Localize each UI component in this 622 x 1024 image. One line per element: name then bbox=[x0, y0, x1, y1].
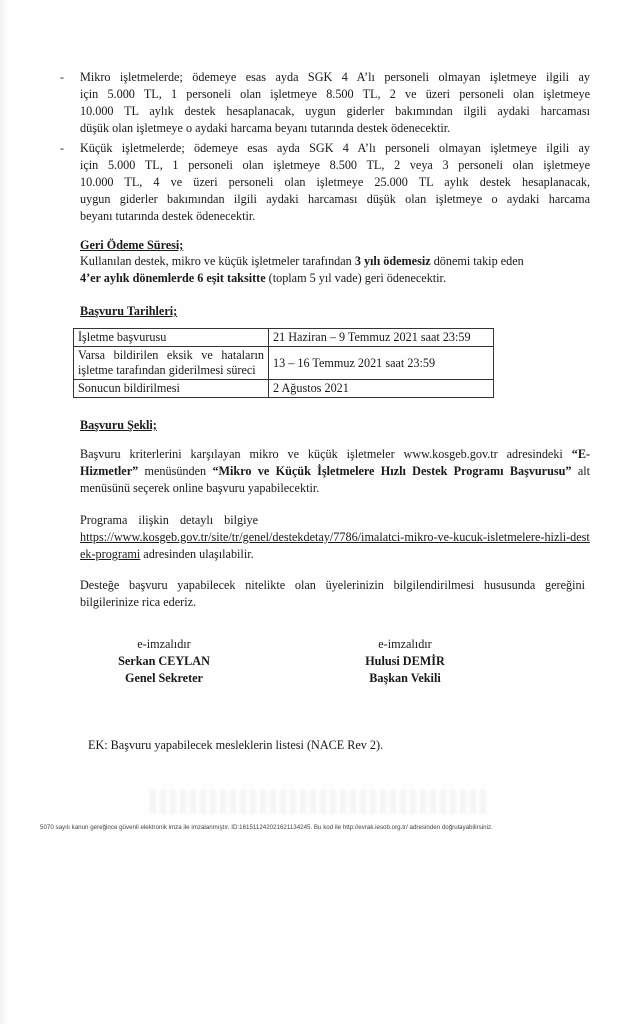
text: Programa ilişkin detaylı bilgiye bbox=[80, 513, 258, 527]
table-cell-label: Sonucun bildirilmesi bbox=[74, 380, 269, 398]
faint-scan-artifact bbox=[150, 790, 490, 814]
table-row: Sonucun bildirilmesi 2 Ağustos 2021 bbox=[74, 380, 494, 398]
text-line: uygun giderler bakımından ilgili aydaki … bbox=[80, 191, 590, 208]
application-dates-heading: Başvuru Tarihleri; bbox=[80, 304, 177, 319]
table-cell-label: İşletme başvurusu bbox=[74, 329, 269, 347]
attachment-note: EK: Başvuru yapabilecek mesleklerin list… bbox=[88, 738, 383, 753]
scan-edge bbox=[0, 0, 8, 1024]
text-line: 10.000 TL, 4 ve üzeri personeli olan işl… bbox=[80, 174, 590, 191]
application-method-text: Başvuru kriterlerini karşılayan mikro ve… bbox=[80, 446, 590, 497]
text: (toplam 5 yıl vade) geri ödenecektir. bbox=[266, 271, 446, 285]
text-line: için 5.000 TL, 1 personeli olan işletmey… bbox=[80, 86, 590, 103]
text: Kullanılan destek, mikro ve küçük işletm… bbox=[80, 254, 355, 268]
bold-text: “Mikro ve Küçük İşletmelere Hızlı Destek… bbox=[212, 464, 571, 478]
text-line: beyanı tutarında destek ödenecektir. bbox=[80, 208, 590, 225]
signatory-name: Hulusi DEMİR bbox=[350, 653, 460, 670]
table-cell-label: Varsa bildirilen eksik ve hataların işle… bbox=[74, 347, 269, 380]
text-line: 10.000 TL aylık destek hesaplanacak, uyg… bbox=[80, 103, 590, 120]
application-method-heading: Başvuru Şekli; bbox=[80, 418, 157, 433]
bold-text: 3 yılı ödemesiz bbox=[355, 254, 431, 268]
repayment-text: Kullanılan destek, mikro ve küçük işletm… bbox=[80, 253, 600, 287]
program-info-text: Programa ilişkin detaylı bilgiye https:/… bbox=[80, 512, 590, 563]
text-line: Mikro işletmelerde; ödemeye esas ayda SG… bbox=[80, 69, 590, 86]
e-signature-footer: 5070 sayılı kanun gereğince güvenli elek… bbox=[40, 824, 493, 831]
signature-block-2: e-imzalıdır Hulusi DEMİR Başkan Vekili bbox=[350, 636, 460, 687]
signature-status: e-imzalıdır bbox=[350, 636, 460, 653]
text: adresinden ulaşılabilir. bbox=[140, 547, 253, 561]
text: Başvuru kriterlerini karşılayan mikro ve… bbox=[80, 447, 572, 461]
closing-text: Desteğe başvuru yapabilecek nitelikte ol… bbox=[80, 577, 585, 611]
repayment-heading: Geri Ödeme Süresi; bbox=[80, 238, 183, 253]
bullet-small-enterprises: Küçük işletmelerde; ödemeye esas ayda SG… bbox=[80, 140, 590, 225]
application-dates-table: İşletme başvurusu 21 Haziran – 9 Temmuz … bbox=[73, 328, 494, 398]
table-cell-value: 2 Ağustos 2021 bbox=[269, 380, 494, 398]
table-row: Varsa bildirilen eksik ve hataların işle… bbox=[74, 347, 494, 380]
bullet-micro-enterprises: Mikro işletmelerde; ödemeye esas ayda SG… bbox=[80, 69, 590, 137]
bullet-marker: - bbox=[60, 70, 64, 85]
table-row: İşletme başvurusu 21 Haziran – 9 Temmuz … bbox=[74, 329, 494, 347]
text: dönemi takip eden bbox=[431, 254, 524, 268]
table-cell-value: 21 Haziran – 9 Temmuz 2021 saat 23:59 bbox=[269, 329, 494, 347]
table-cell-value: 13 – 16 Temmuz 2021 saat 23:59 bbox=[269, 347, 494, 380]
signature-block-1: e-imzalıdır Serkan CEYLAN Genel Sekreter bbox=[104, 636, 224, 687]
signatory-role: Genel Sekreter bbox=[104, 670, 224, 687]
signatory-role: Başkan Vekili bbox=[350, 670, 460, 687]
text-line: Küçük işletmelerde; ödemeye esas ayda SG… bbox=[80, 140, 590, 157]
signatory-name: Serkan CEYLAN bbox=[104, 653, 224, 670]
text-line: için 5.000 TL, 1 personeli olan işletmey… bbox=[80, 157, 590, 174]
document-page: - Mikro işletmelerde; ödemeye esas ayda … bbox=[0, 0, 622, 1024]
signature-status: e-imzalıdır bbox=[104, 636, 224, 653]
bold-text: 4’er aylık dönemlerde 6 eşit taksitte bbox=[80, 271, 266, 285]
text: menüsünden bbox=[138, 464, 212, 478]
text-line: düşük olan işletmeye o aydaki harcama be… bbox=[80, 120, 590, 137]
bullet-marker: - bbox=[60, 141, 64, 156]
